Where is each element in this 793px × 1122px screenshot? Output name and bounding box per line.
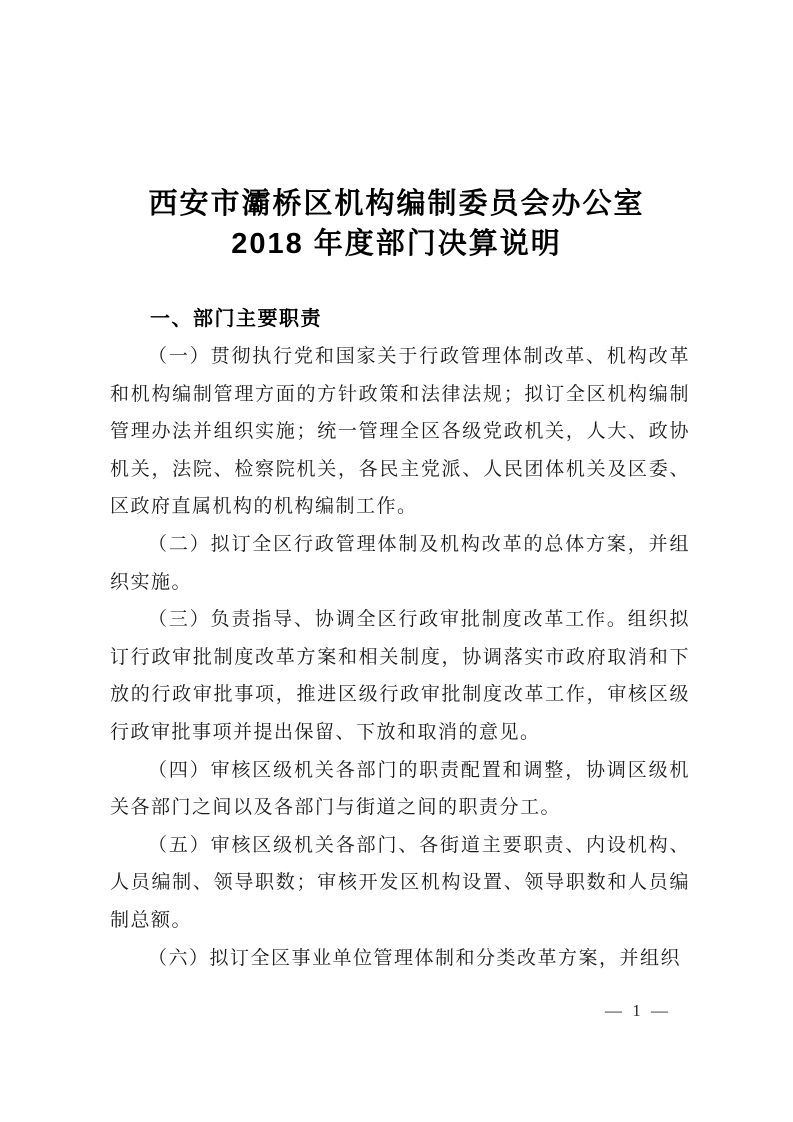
document-body: 一、部门主要职责 （一）贯彻执行党和国家关于行政管理体制改革、机构改革和机构编制…	[110, 300, 690, 977]
paragraph-duty-5: （五）审核区级机关各部门、各街道主要职责、内设机构、人员编制、领导职数；审核开发…	[110, 827, 690, 940]
page-number: — 1 —	[605, 999, 671, 1023]
paragraph-duty-1: （一）贯彻执行党和国家关于行政管理体制改革、机构改革和机构编制管理方面的方针政策…	[110, 338, 690, 526]
paragraph-duty-3: （三）负责指导、协调全区行政审批制度改革工作。组织拟订行政审批制度改革方案和相关…	[110, 601, 690, 751]
document-title-line2: 2018 年度部门决算说明	[0, 224, 793, 264]
paragraph-duty-2: （二）拟订全区行政管理体制及机构改革的总体方案，并组织实施。	[110, 526, 690, 601]
section-heading: 一、部门主要职责	[110, 300, 690, 338]
document-title-line1: 西安市灞桥区机构编制委员会办公室	[0, 184, 793, 224]
paragraph-duty-4: （四）审核区级机关各部门的职责配置和调整，协调区级机关各部门之间以及各部门与街道…	[110, 752, 690, 827]
document-page: 西安市灞桥区机构编制委员会办公室 2018 年度部门决算说明 一、部门主要职责 …	[0, 0, 793, 1122]
paragraph-duty-6: （六）拟订全区事业单位管理体制和分类改革方案，并组织	[110, 940, 690, 978]
document-title: 西安市灞桥区机构编制委员会办公室 2018 年度部门决算说明	[0, 0, 793, 264]
